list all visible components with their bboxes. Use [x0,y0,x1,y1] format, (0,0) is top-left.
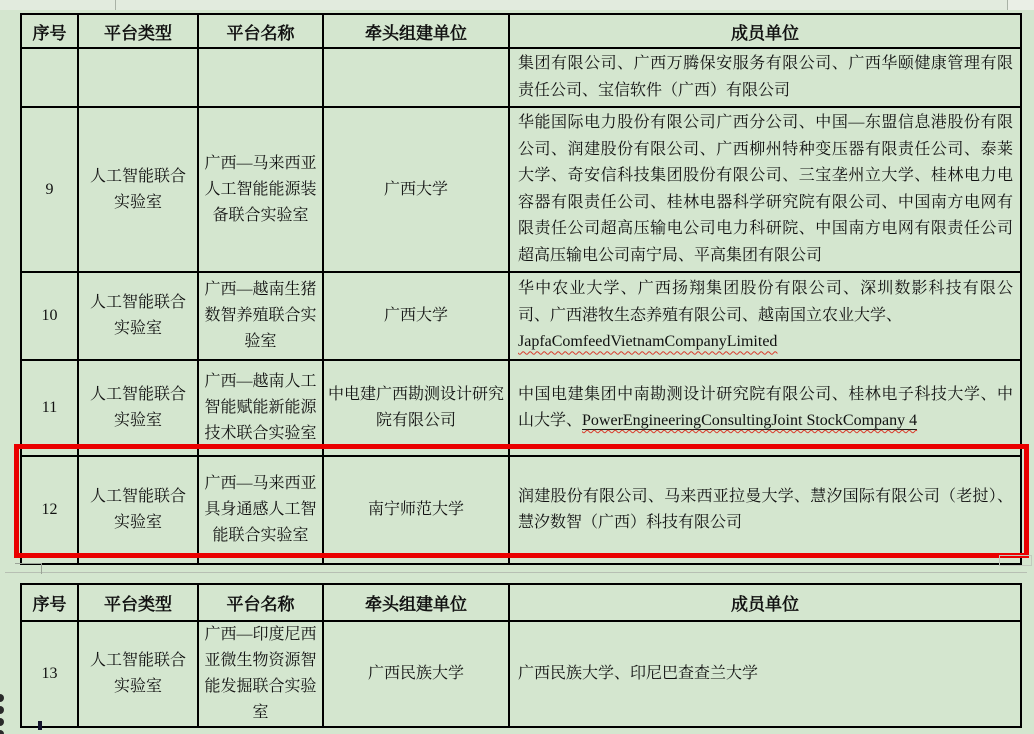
cell-no[interactable]: 10 [21,272,78,360]
dot [0,706,4,714]
cell-no[interactable]: 13 [21,621,78,727]
cell-type[interactable]: 人工智能联合实验室 [78,360,198,456]
cell-type[interactable]: 人工智能联合实验室 [78,456,198,564]
header-name[interactable]: 平台名称 [198,584,323,621]
table-row-11: 11 人工智能联合实验室 广西—越南人工智能赋能新能源技术联合实验室 中电建广西… [21,360,1021,456]
header-lead[interactable]: 牵头组建单位 [323,14,509,48]
cell-lead[interactable] [323,48,509,107]
drag-handle-dots[interactable] [0,690,6,734]
cell-lead[interactable]: 广西大学 [323,272,509,360]
spellchecked-company-name: JapfaComfeedVietnamCompanyLimited [518,333,777,350]
table-row-continuation: 集团有限公司、广西万腾保安服务有限公司、广西华颐健康管理有限责任公司、宝信软件（… [21,48,1021,107]
cell-members[interactable]: 润建股份有限公司、马来西亚拉曼大学、慧汐国际有限公司（老挝）、慧汐数智（广西）科… [509,456,1021,564]
cell-members[interactable]: 中国电建集团中南勘测设计研究院有限公司、桂林电子科技大学、中山大学、PowerE… [509,360,1021,456]
table-row: 序号 平台类型 平台名称 牵头组建单位 成员单位 [21,14,1021,48]
members-text: 广西民族大学、印尼巴查查兰大学 [518,665,758,682]
cell-lead[interactable]: 南宁师范大学 [323,456,509,564]
members-text: 华能国际电力股份有限公司广西分公司、中国—东盟信息港股份有限公司、润建股份有限公… [518,114,1013,264]
cell-name[interactable] [198,48,323,107]
header-members[interactable]: 成员单位 [509,584,1021,621]
table-row-13: 13 人工智能联合实验室 广西—印度尼西亚微生物资源智能发掘联合实验室 广西民族… [21,621,1021,727]
page-corner-block [1007,0,1034,10]
cell-name[interactable]: 广西—印度尼西亚微生物资源智能发掘联合实验室 [198,621,323,727]
header-no[interactable]: 序号 [21,584,78,621]
cell-members[interactable]: 集团有限公司、广西万腾保安服务有限公司、广西华颐健康管理有限责任公司、宝信软件（… [509,48,1021,107]
page-top-strip [0,0,1034,10]
table-row-10: 10 人工智能联合实验室 广西—越南生猪数智养殖联合实验室 广西大学 华中农业大… [21,272,1021,360]
page-divider-line [5,572,1027,573]
cell-type[interactable] [78,48,198,107]
cell-lead[interactable]: 广西民族大学 [323,621,509,727]
cell-no[interactable]: 12 [21,456,78,564]
spellchecked-company-name: PowerEngineeringConsultingJoint StockCom… [582,412,917,430]
divider-left-notch [15,563,42,574]
cell-lead[interactable]: 中电建广西勘测设计研究院有限公司 [323,360,509,456]
cell-members[interactable]: 华中农业大学、广西扬翔集团股份有限公司、深圳数影科技有限公司、广西港牧生态养殖有… [509,272,1021,360]
dot [0,730,4,734]
cell-no[interactable]: 11 [21,360,78,456]
table-row-9: 9 人工智能联合实验室 广西—马来西亚人工智能能源装备联合实验室 广西大学 华能… [21,107,1021,272]
header-name[interactable]: 平台名称 [198,14,323,48]
divider-right-box [999,555,1032,566]
dot [0,694,4,702]
dot [0,718,4,726]
cell-members[interactable]: 华能国际电力股份有限公司广西分公司、中国—东盟信息港股份有限公司、润建股份有限公… [509,107,1021,272]
cell-no[interactable]: 9 [21,107,78,272]
table-row-12-highlighted: 12 人工智能联合实验室 广西—马来西亚具身通感人工智能联合实验室 南宁师范大学… [21,456,1021,564]
cell-name[interactable]: 广西—越南生猪数智养殖联合实验室 [198,272,323,360]
platforms-table-1: 序号 平台类型 平台名称 牵头组建单位 成员单位 集团有限公司、广西万腾保安服务… [20,13,1022,565]
table-row: 序号 平台类型 平台名称 牵头组建单位 成员单位 [21,584,1021,621]
cell-type[interactable]: 人工智能联合实验室 [78,272,198,360]
members-text: 润建股份有限公司、马来西亚拉曼大学、慧汐国际有限公司（老挝）、慧汐数智（广西）科… [518,488,1013,532]
cell-lead[interactable]: 广西大学 [323,107,509,272]
members-text: 华中农业大学、广西扬翔集团股份有限公司、深圳数影科技有限公司、广西港牧生态养殖有… [518,276,1013,329]
cell-type[interactable]: 人工智能联合实验室 [78,621,198,727]
cell-name[interactable]: 广西—马来西亚人工智能能源装备联合实验室 [198,107,323,272]
ruler-margin-mark [115,0,116,10]
cell-members[interactable]: 广西民族大学、印尼巴查查兰大学 [509,621,1021,727]
cell-no[interactable] [21,48,78,107]
header-type[interactable]: 平台类型 [78,584,198,621]
members-text: 集团有限公司、广西万腾保安服务有限公司、广西华颐健康管理有限责任公司、宝信软件（… [518,55,1013,99]
cell-name[interactable]: 广西—马来西亚具身通感人工智能联合实验室 [198,456,323,564]
header-type[interactable]: 平台类型 [78,14,198,48]
platforms-table-2: 序号 平台类型 平台名称 牵头组建单位 成员单位 13 人工智能联合实验室 广西… [20,583,1022,728]
table-anchor-tick [38,721,42,730]
header-no[interactable]: 序号 [21,14,78,48]
cell-type[interactable]: 人工智能联合实验室 [78,107,198,272]
cell-lead[interactable]: 广西—越南人工智能赋能新能源技术联合实验室 [198,360,323,456]
header-lead[interactable]: 牵头组建单位 [323,584,509,621]
header-members[interactable]: 成员单位 [509,14,1021,48]
